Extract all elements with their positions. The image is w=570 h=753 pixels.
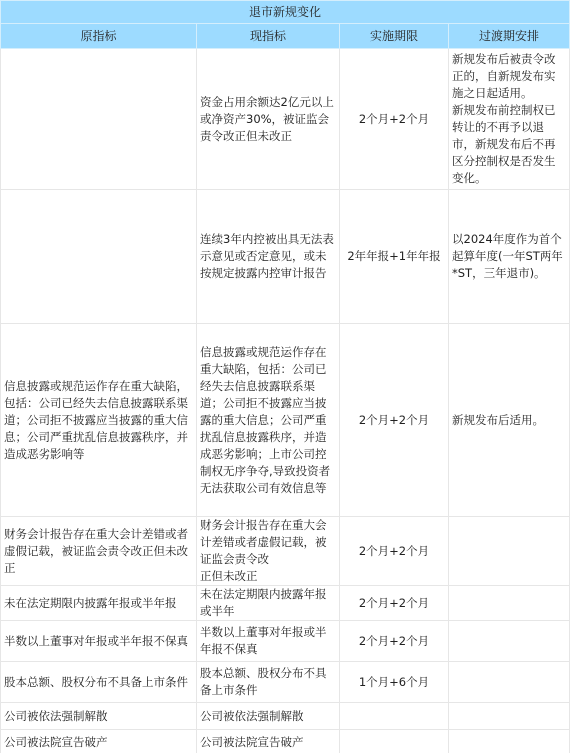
table-row: 信息披露或规范运作存在重大缺陷，包括：公司已经失去信息披露联系渠道；公司拒不披露… bbox=[1, 324, 570, 517]
cell-current: 连续3年内控被出具无法表示意见或否定意见，或未按规定披露内控审计报告 bbox=[197, 190, 340, 324]
cell-current: 未在法定期限内披露年报或半年 bbox=[197, 586, 340, 621]
cell-period: 2个月+2个月 bbox=[340, 517, 449, 586]
cell-period: 2个月+2个月 bbox=[340, 49, 449, 190]
cell-period: 2个月+2个月 bbox=[340, 324, 449, 517]
cell-current: 信息披露或规范运作存在重大缺陷，包括：公司已经失去信息披露联系渠道；公司拒不披露… bbox=[197, 324, 340, 517]
cell-current: 资金占用余额达2亿元以上或净资产30%，被证监会责令改正但未改正 bbox=[197, 49, 340, 190]
cell-original: 股本总额、股权分布不具备上市条件 bbox=[1, 662, 197, 703]
cell-period: 2年年报+1年年报 bbox=[340, 190, 449, 324]
table-row: 资金占用余额达2亿元以上或净资产30%，被证监会责令改正但未改正 2个月+2个月… bbox=[1, 49, 570, 190]
cell-original bbox=[1, 190, 197, 324]
cell-transition bbox=[449, 703, 570, 730]
cell-transition: 以2024年度作为首个起算年度(一年ST两年*ST，三年退市)。 bbox=[449, 190, 570, 324]
cell-original: 未在法定期限内披露年报或半年报 bbox=[1, 586, 197, 621]
cell-original: 半数以上董事对年报或半年报不保真 bbox=[1, 621, 197, 662]
cell-original: 信息披露或规范运作存在重大缺陷，包括：公司已经失去信息披露联系渠道；公司拒不披露… bbox=[1, 324, 197, 517]
cell-period: 2个月+2个月 bbox=[340, 621, 449, 662]
cell-transition bbox=[449, 586, 570, 621]
cell-period: 2个月+2个月 bbox=[340, 586, 449, 621]
cell-transition bbox=[449, 621, 570, 662]
cell-original: 公司被法院宣告破产 bbox=[1, 730, 197, 753]
cell-transition bbox=[449, 662, 570, 703]
header-transition: 过渡期安排 bbox=[449, 24, 570, 49]
table-row: 公司被法院宣告破产 公司被法院宣告破产 bbox=[1, 730, 570, 753]
header-current: 现指标 bbox=[197, 24, 340, 49]
table-row: 连续3年内控被出具无法表示意见或否定意见，或未按规定披露内控审计报告 2年年报+… bbox=[1, 190, 570, 324]
cell-original: 财务会计报告存在重大会计差错或者虚假记载，被证监会责令改正但未改正 bbox=[1, 517, 197, 586]
cell-current: 公司被法院宣告破产 bbox=[197, 730, 340, 753]
cell-period: 1个月+6个月 bbox=[340, 662, 449, 703]
header-period: 实施期限 bbox=[340, 24, 449, 49]
table-title: 退市新规变化 bbox=[1, 1, 570, 24]
cell-original bbox=[1, 49, 197, 190]
cell-period bbox=[340, 703, 449, 730]
cell-original: 公司被依法强制解散 bbox=[1, 703, 197, 730]
cell-period bbox=[340, 730, 449, 753]
table-row: 财务会计报告存在重大会计差错或者虚假记载，被证监会责令改正但未改正 财务会计报告… bbox=[1, 517, 570, 586]
cell-transition bbox=[449, 517, 570, 586]
table-row: 半数以上董事对年报或半年报不保真 半数以上董事对年报或半年报不保真 2个月+2个… bbox=[1, 621, 570, 662]
table-row: 公司被依法强制解散 公司被依法强制解散 bbox=[1, 703, 570, 730]
cell-transition bbox=[449, 730, 570, 753]
table-row: 未在法定期限内披露年报或半年报 未在法定期限内披露年报或半年 2个月+2个月 bbox=[1, 586, 570, 621]
cell-transition: 新规发布后适用。 bbox=[449, 324, 570, 517]
header-original: 原指标 bbox=[1, 24, 197, 49]
delisting-rules-table: 退市新规变化 原指标 现指标 实施期限 过渡期安排 资金占用余额达2亿元以上或净… bbox=[0, 0, 570, 753]
cell-current: 半数以上董事对年报或半年报不保真 bbox=[197, 621, 340, 662]
cell-current: 股本总额、股权分布不具备上市条件 bbox=[197, 662, 340, 703]
cell-transition: 新规发布后被责令改正的，自新规发布实施之日起适用。 新规发布前控制权已转让的不再… bbox=[449, 49, 570, 190]
cell-current: 财务会计报告存在重大会计差错或者虚假记载，被证监会责令改 正但未改正 bbox=[197, 517, 340, 586]
table-row: 股本总额、股权分布不具备上市条件 股本总额、股权分布不具备上市条件 1个月+6个… bbox=[1, 662, 570, 703]
cell-current: 公司被依法强制解散 bbox=[197, 703, 340, 730]
